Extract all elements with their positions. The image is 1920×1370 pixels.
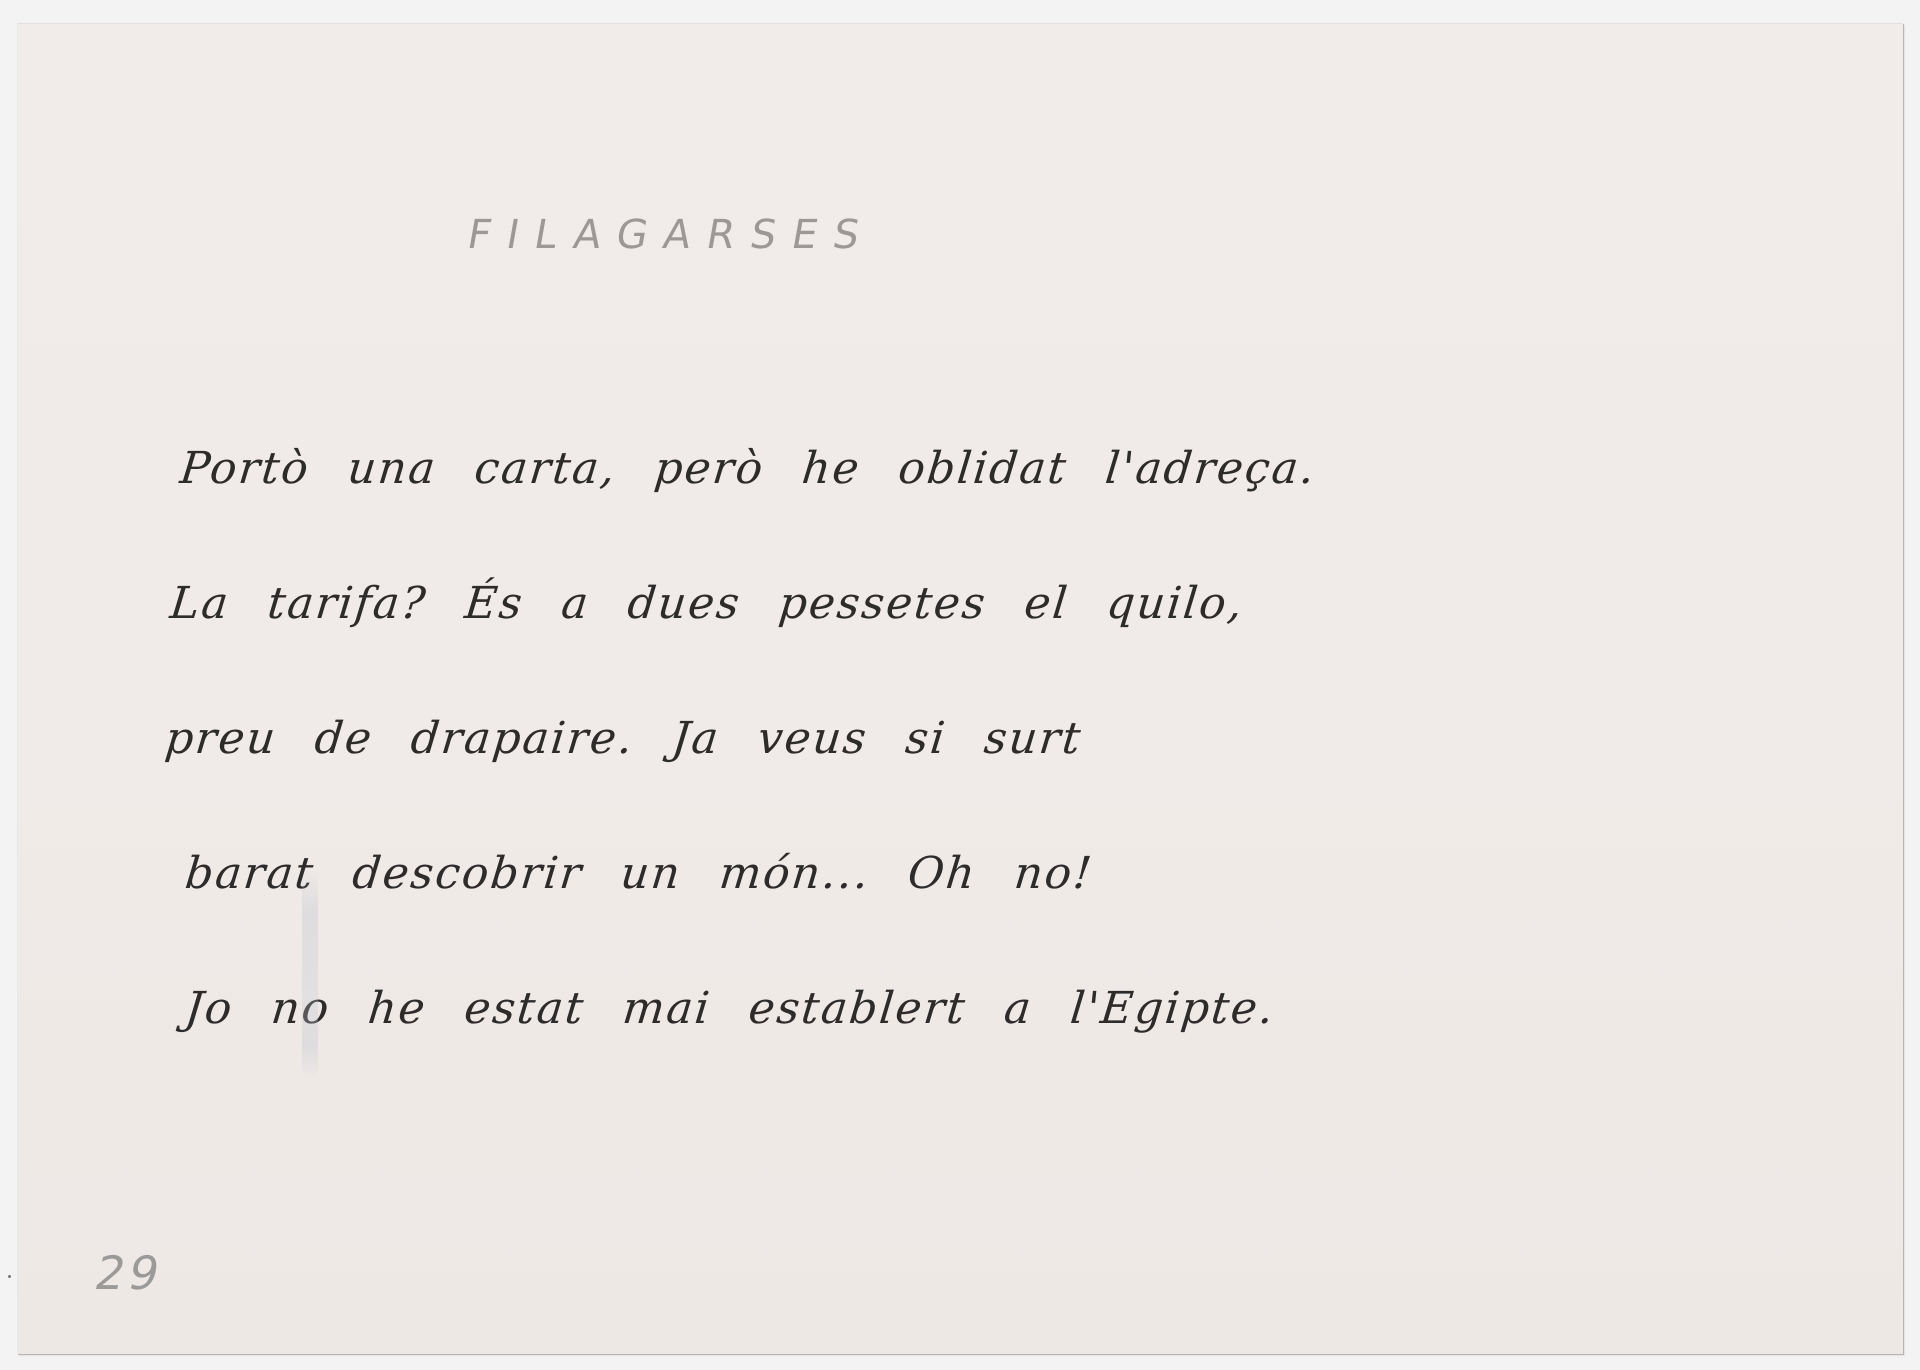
page-number: 29 bbox=[90, 1246, 168, 1300]
poem-line: preu de drapaire. Ja veus si surt bbox=[156, 694, 1321, 829]
poem-line: barat descobrir un món... Oh no! bbox=[176, 829, 1321, 964]
poem-line: Jo no he estat mai establert a l'Egipte. bbox=[176, 964, 1321, 1099]
poem-line: Portò una carta, però he oblidat l'adreç… bbox=[171, 424, 1321, 559]
scan-speck bbox=[8, 1275, 11, 1278]
bleed-through-stamp-mark bbox=[302, 869, 318, 1079]
handwritten-poem: Portò una carta, però he oblidat l'adreç… bbox=[178, 424, 1314, 1099]
pencil-heading: FILAGARSES bbox=[464, 212, 879, 258]
poem-line: La tarifa? És a dues pessetes el quilo, bbox=[161, 559, 1321, 694]
manuscript-page: FILAGARSES Portò una carta, però he obli… bbox=[17, 23, 1903, 1354]
